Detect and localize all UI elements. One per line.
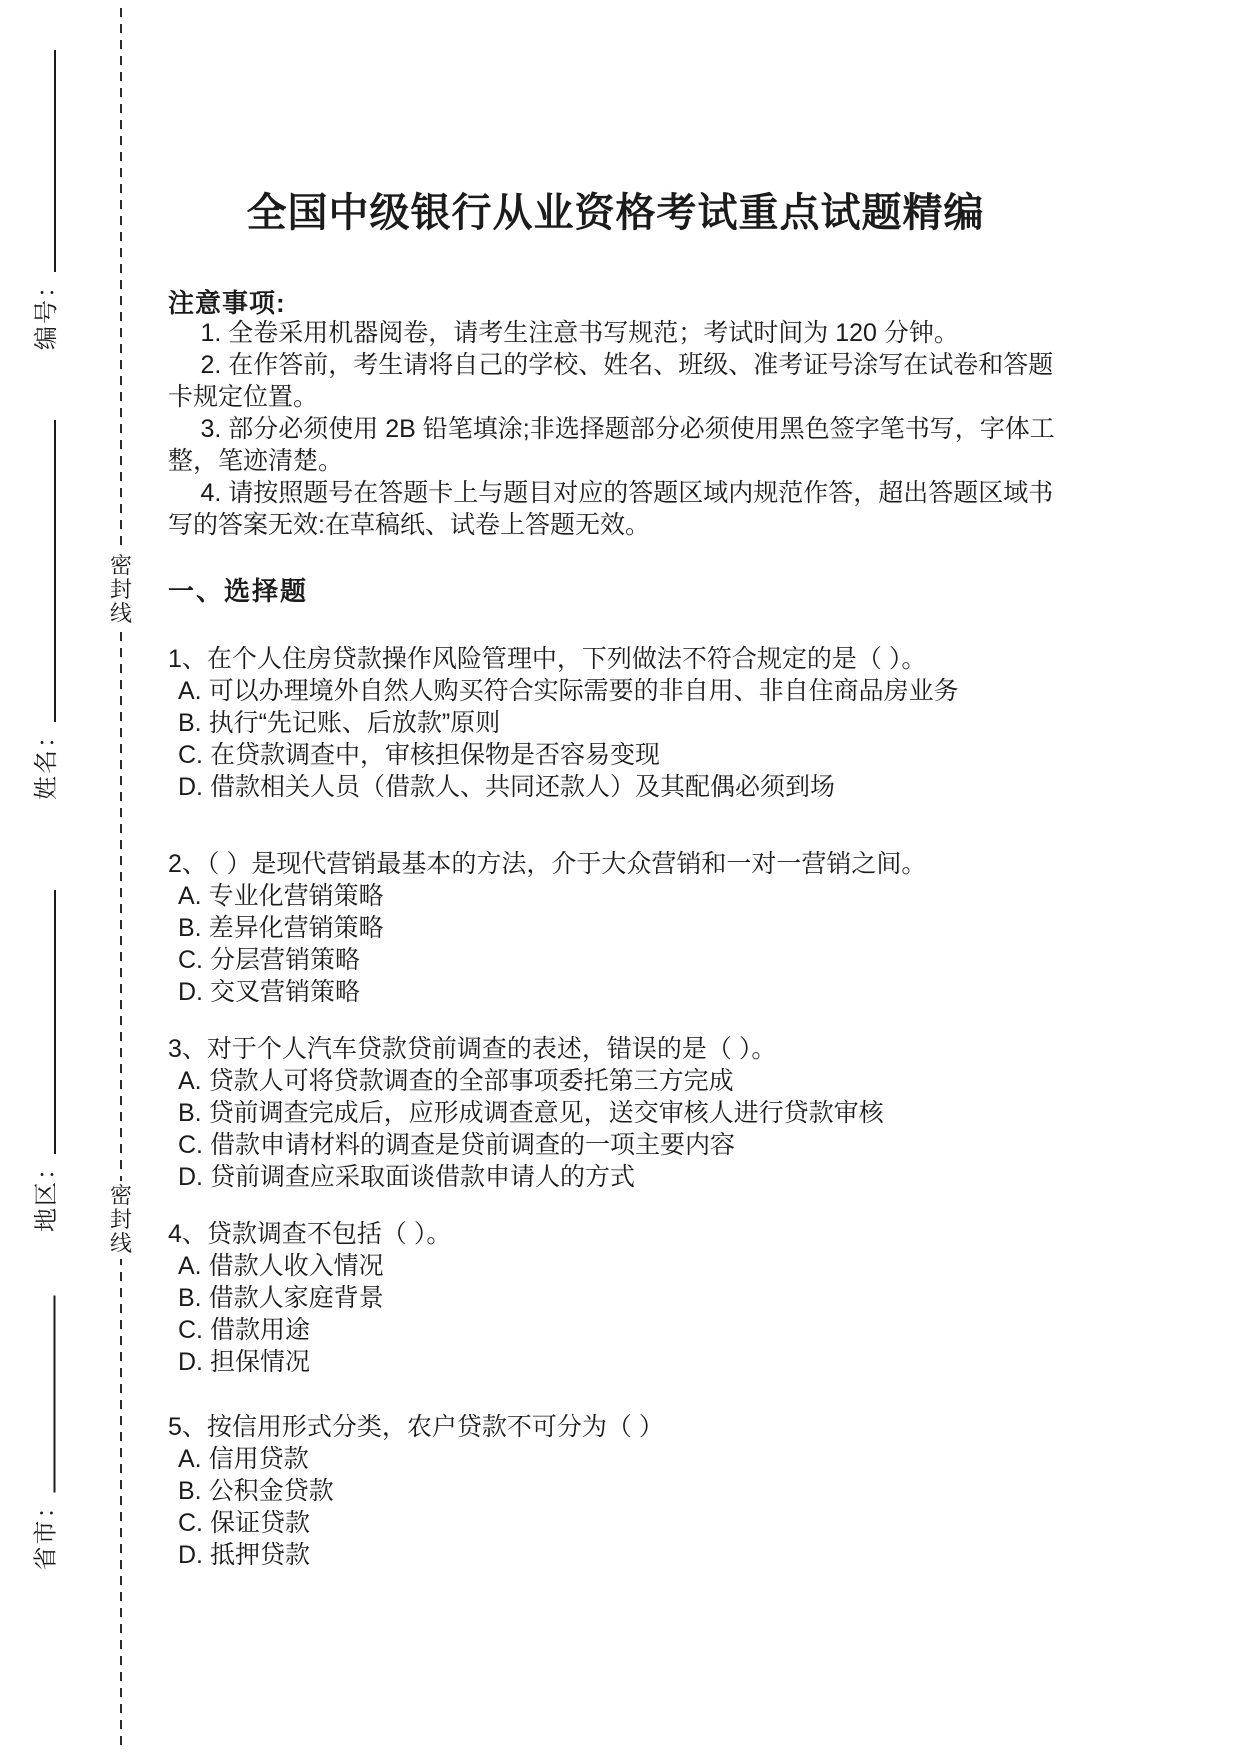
fill-in-line — [54, 890, 56, 1154]
margin-field-province: 省市： — [32, 1296, 62, 1571]
margin-field-province-label: 省市： — [32, 1493, 62, 1571]
question-option: A. 借款人收入情况 — [168, 1250, 1063, 1282]
question-option: D. 借款相关人员（借款人、共同还款人）及其配偶必须到场 — [168, 771, 1063, 803]
question-option: C. 分层营销策略 — [168, 944, 1063, 976]
question-text: 2、（ ）是现代营销最基本的方法，介于大众营销和一对一营销之间。 — [168, 848, 1063, 880]
margin-field-name: 姓名： — [32, 420, 62, 800]
page-title: 全国中级银行从业资格考试重点试题精编 — [168, 188, 1063, 238]
question-block: 3、对于个人汽车贷款贷前调查的表述，错误的是（ ）。A. 贷款人可将贷款调查的全… — [168, 1033, 1063, 1193]
question-option: A. 可以办理境外自然人购买符合实际需要的非自用、非自住商品房业务 — [168, 675, 1063, 707]
margin-field-region: 地区： — [32, 890, 62, 1232]
notes-heading: 注意事项: — [168, 283, 286, 320]
note-item: 2. 在作答前，考生请将自己的学校、姓名、班级、准考证号涂写在试卷和答题卡规定位… — [168, 349, 1063, 413]
question-option: C. 在贷款调查中，审核担保物是否容易变现 — [168, 739, 1063, 771]
fill-in-line — [54, 50, 56, 272]
question-block: 4、贷款调查不包括（ ）。A. 借款人收入情况B. 借款人家庭背景C. 借款用途… — [168, 1218, 1063, 1378]
margin-field-number-label: 编号： — [32, 272, 62, 350]
question-option: C. 借款用途 — [168, 1314, 1063, 1346]
margin-field-name-label: 姓名： — [32, 722, 62, 800]
question-option: C. 保证贷款 — [168, 1507, 1063, 1539]
question-option: A. 信用贷款 — [168, 1443, 1063, 1475]
question-text: 1、在个人住房贷款操作风险管理中，下列做法不符合规定的是（ ）。 — [168, 643, 1063, 675]
seal-line-label: 密封线 — [107, 1181, 135, 1259]
margin-field-number: 编号： — [32, 50, 62, 350]
content-column: 全国中级银行从业资格考试重点试题精编 注意事项: 1. 全卷采用机器阅卷，请考生… — [168, 0, 1063, 1753]
note-item: 4. 请按照题号在答题卡上与题目对应的答题区域内规范作答，超出答题区域书写的答案… — [168, 477, 1063, 541]
section-heading: 一、选择题 — [168, 571, 308, 608]
margin-field-region-label: 地区： — [32, 1154, 62, 1232]
question-option: A. 贷款人可将贷款调查的全部事项委托第三方完成 — [168, 1065, 1063, 1097]
question-option: D. 担保情况 — [168, 1346, 1063, 1378]
question-text: 4、贷款调查不包括（ ）。 — [168, 1218, 1063, 1250]
seal-line — [120, 8, 122, 1748]
fill-in-line — [54, 420, 56, 722]
note-item: 3. 部分必须使用 2B 铅笔填涂;非选择题部分必须使用黑色签字笔书写，字体工整… — [168, 413, 1063, 477]
question-option: B. 执行“先记账、后放款”原则 — [168, 707, 1063, 739]
question-option: B. 借款人家庭背景 — [168, 1282, 1063, 1314]
question-text: 3、对于个人汽车贷款贷前调查的表述，错误的是（ ）。 — [168, 1033, 1063, 1065]
seal-line-label: 密封线 — [107, 551, 135, 629]
question-text: 5、按信用形式分类，农户贷款不可分为（ ） — [168, 1411, 1063, 1443]
question-option: A. 专业化营销策略 — [168, 880, 1063, 912]
question-block: 2、（ ）是现代营销最基本的方法，介于大众营销和一对一营销之间。A. 专业化营销… — [168, 848, 1063, 1008]
note-item: 1. 全卷采用机器阅卷，请考生注意书写规范；考试时间为 120 分钟。 — [168, 317, 1063, 349]
question-option: B. 差异化营销策略 — [168, 912, 1063, 944]
question-option: D. 贷前调查应采取面谈借款申请人的方式 — [168, 1161, 1063, 1193]
question-option: B. 公积金贷款 — [168, 1475, 1063, 1507]
question-option: D. 交叉营销策略 — [168, 976, 1063, 1008]
question-option: D. 抵押贷款 — [168, 1539, 1063, 1571]
fill-in-line — [54, 1296, 56, 1493]
question-option: B. 贷前调查完成后，应形成调查意见，送交审核人进行贷款审核 — [168, 1097, 1063, 1129]
question-block: 1、在个人住房贷款操作风险管理中，下列做法不符合规定的是（ ）。A. 可以办理境… — [168, 643, 1063, 803]
exam-page: 密封线 密封线 编号： 姓名： 地区： 省市： 全国中级银行从业资格考试重点试题… — [0, 0, 1240, 1753]
question-option: C. 借款申请材料的调查是贷前调查的一项主要内容 — [168, 1129, 1063, 1161]
notes-list: 1. 全卷采用机器阅卷，请考生注意书写规范；考试时间为 120 分钟。2. 在作… — [168, 317, 1063, 541]
question-block: 5、按信用形式分类，农户贷款不可分为（ ）A. 信用贷款B. 公积金贷款C. 保… — [168, 1411, 1063, 1571]
